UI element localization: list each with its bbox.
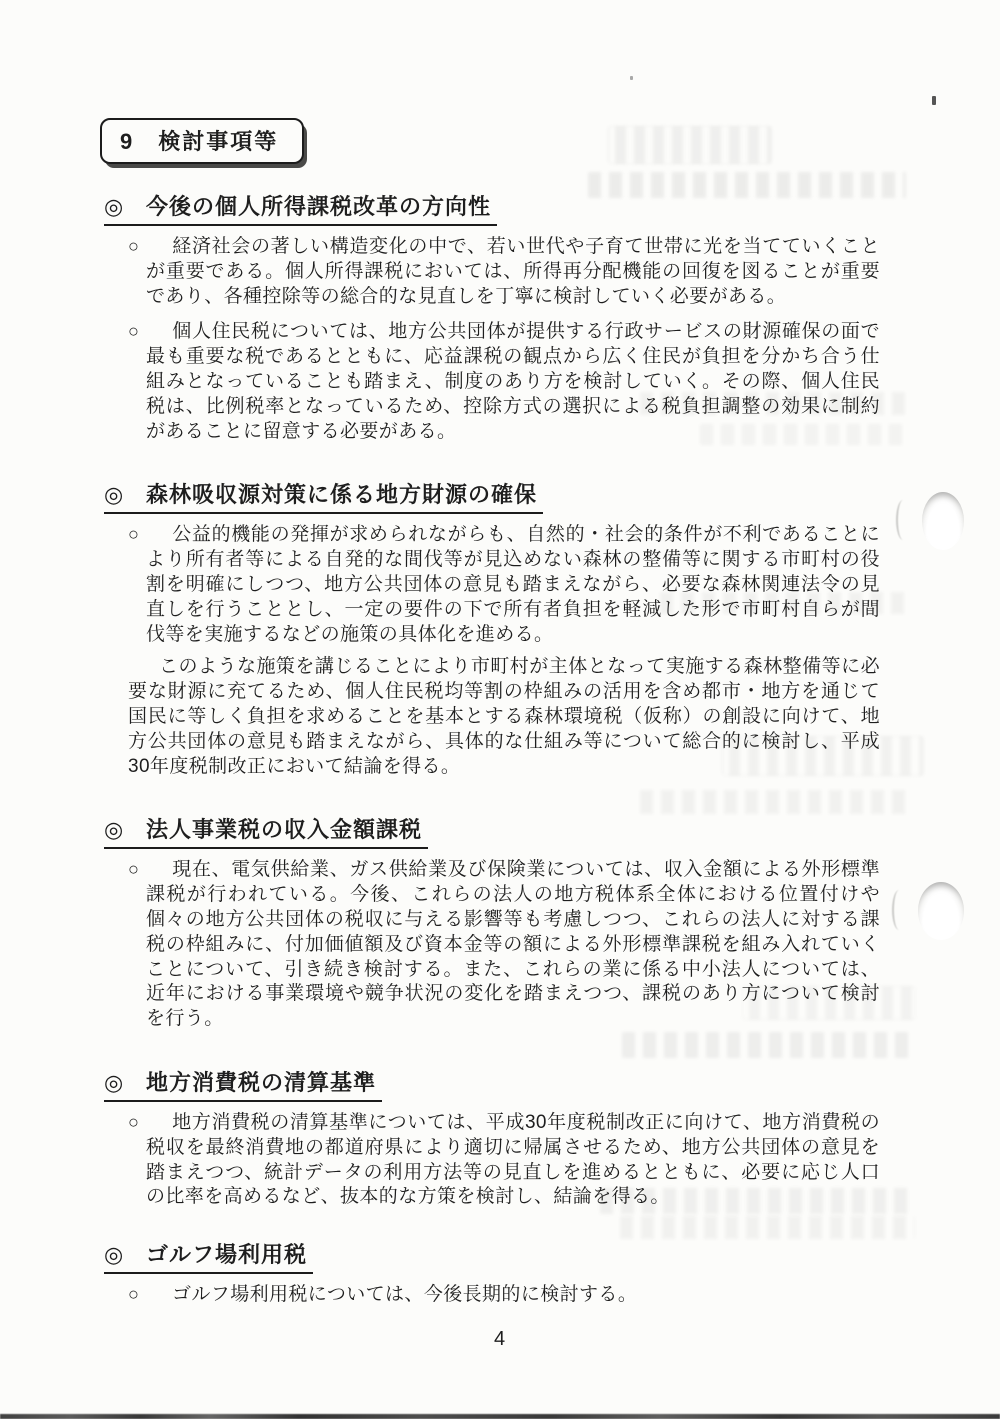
paragraph: ○地方消費税の清算基準については、平成30年度税制改正に向けて、地方消費税の税収… [128, 1110, 880, 1210]
scan-speck [630, 76, 633, 80]
binder-hole-mark [892, 890, 906, 930]
binder-hole-mark [896, 500, 910, 540]
heading-text: 森林吸収源対策に係る地方財源の確保 [146, 482, 537, 507]
heading-golf-course-tax: ◎ゴルフ場利用税 [104, 1238, 313, 1274]
binder-hole-mark [918, 882, 964, 940]
paragraph-text: 公益的機能の発揮が求められながらも、自然的・社会的条件が不利であることにより所有… [146, 524, 880, 644]
heading-local-consumption-tax: ◎地方消費税の清算基準 [104, 1066, 382, 1102]
bleedthrough-artifact [588, 172, 906, 198]
binder-hole-mark [922, 492, 964, 550]
bleedthrough-artifact [620, 1216, 915, 1239]
page-number: 4 [0, 1328, 1000, 1351]
paragraph: ○経済社会の著しい構造変化の中で、若い世代や子育て世帯に光を当てていくことが重要… [128, 234, 880, 309]
paragraph-text: 地方消費税の清算基準については、平成30年度税制改正に向けて、地方消費税の税収を… [146, 1112, 880, 1207]
paragraph: ○現在、電気供給業、ガス供給業及び保険業については、収入金額による外形標準課税が… [128, 857, 880, 1032]
document-page: 9 検討事項等 ◎今後の個人所得課税改革の方向性 ○経済社会の著しい構造変化の中… [0, 0, 1000, 1419]
bleedthrough-artifact [622, 1032, 912, 1058]
paragraph-text: 現在、電気供給業、ガス供給業及び保険業については、収入金額による外形標準課税が行… [146, 859, 880, 1029]
heading-corporate-enterprise-tax: ◎法人事業税の収入金額課税 [104, 813, 428, 849]
double-circle-bullet: ◎ [104, 817, 146, 843]
circle-bullet: ○ [128, 857, 172, 882]
circle-bullet: ○ [128, 1110, 172, 1135]
heading-future-individual-income-tax: ◎今後の個人所得課税改革の方向性 [104, 190, 497, 226]
double-circle-bullet: ◎ [104, 1070, 146, 1096]
circle-bullet: ○ [128, 1282, 172, 1307]
paragraph-text: ゴルフ場利用税については、今後長期的に検討する。 [172, 1284, 637, 1305]
paragraph-text: このような施策を講じることにより市町村が主体となって実施する森林整備等に必要な財… [128, 656, 880, 776]
bleedthrough-artifact [640, 790, 908, 814]
section-number-label: 9 検討事項等 [120, 129, 278, 154]
double-circle-bullet: ◎ [104, 194, 146, 220]
double-circle-bullet: ◎ [104, 482, 146, 508]
circle-bullet: ○ [128, 522, 172, 547]
paragraph-text: 個人住民税については、地方公共団体が提供する行政サービスの財源確保の面で最も重要… [146, 321, 880, 441]
paragraph: ○公益的機能の発揮が求められながらも、自然的・社会的条件が不利であることにより所… [128, 522, 880, 647]
double-circle-bullet: ◎ [104, 1242, 146, 1268]
circle-bullet: ○ [128, 319, 172, 344]
heading-text: 法人事業税の収入金額課税 [146, 817, 422, 842]
circle-bullet: ○ [128, 234, 172, 259]
scan-speck [932, 96, 936, 105]
section-number-box: 9 検討事項等 [100, 118, 304, 164]
heading-text: 地方消費税の清算基準 [146, 1070, 376, 1095]
paragraph: このような施策を講じることにより市町村が主体となって実施する森林整備等に必要な財… [128, 655, 880, 779]
bleedthrough-artifact [608, 126, 772, 164]
heading-text: ゴルフ場利用税 [146, 1242, 307, 1267]
paragraph: ○個人住民税については、地方公共団体が提供する行政サービスの財源確保の面で最も重… [128, 319, 880, 444]
paragraph-text: 経済社会の著しい構造変化の中で、若い世代や子育て世帯に光を当てていくことが重要で… [146, 236, 880, 307]
scan-edge-artifact [0, 1414, 1000, 1419]
heading-text: 今後の個人所得課税改革の方向性 [146, 194, 491, 219]
paragraph: ○ゴルフ場利用税については、今後長期的に検討する。 [128, 1282, 880, 1308]
heading-forest-absorption-funding: ◎森林吸収源対策に係る地方財源の確保 [104, 478, 543, 514]
